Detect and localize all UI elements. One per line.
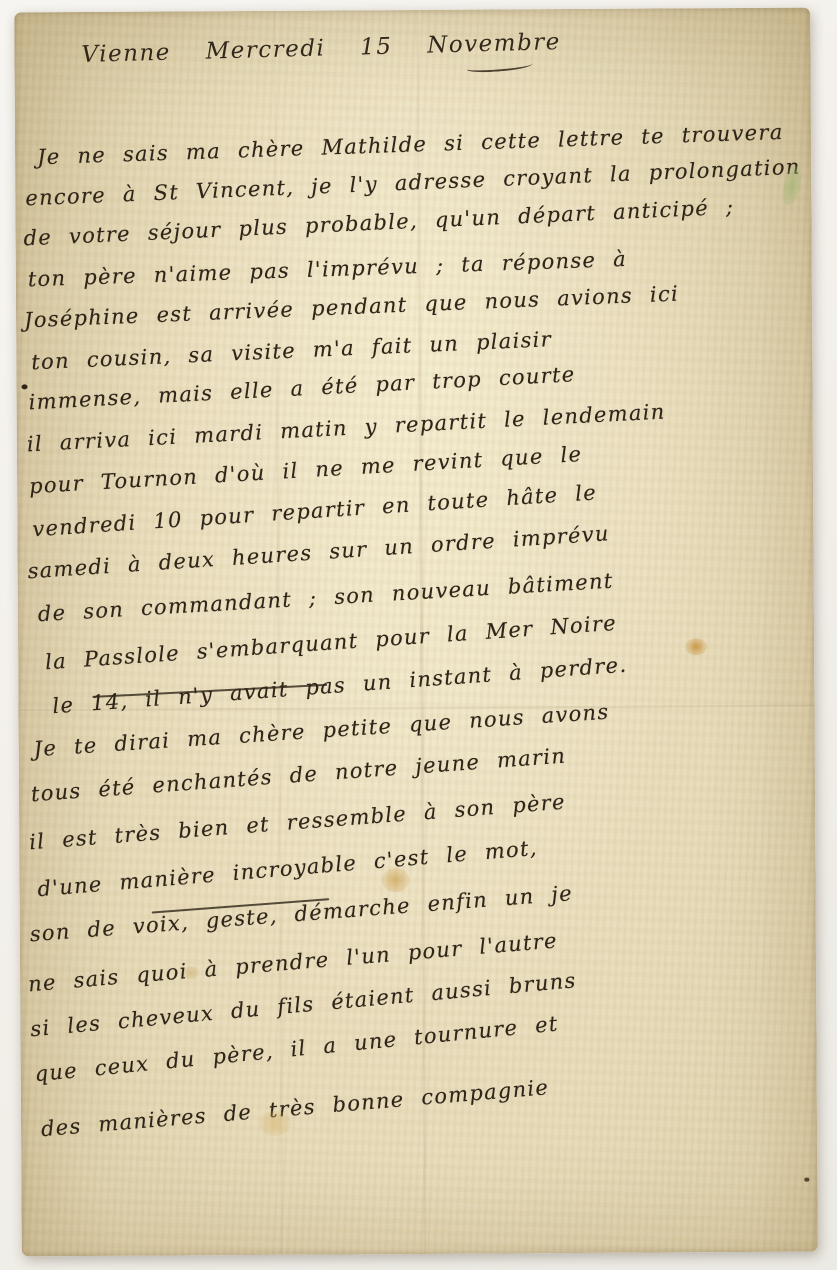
- ink-dot: [21, 384, 27, 389]
- letter-body: Je ne sais ma chère Mathilde si cette le…: [14, 8, 818, 1257]
- letter-line: ton père n'aime pas l'imprévu ; ta répon…: [27, 247, 627, 291]
- scanned-letter-photo: { "letter": { "dateline": "Vienne Mercre…: [0, 0, 837, 1270]
- letter-line: Joséphine est arrivée pendant que nous a…: [24, 282, 680, 333]
- letter-line: des manières de très bonne compagnie: [40, 1075, 550, 1141]
- letter-page: … … Vienne Mercredi 15 Novembre Je ne sa…: [14, 8, 818, 1257]
